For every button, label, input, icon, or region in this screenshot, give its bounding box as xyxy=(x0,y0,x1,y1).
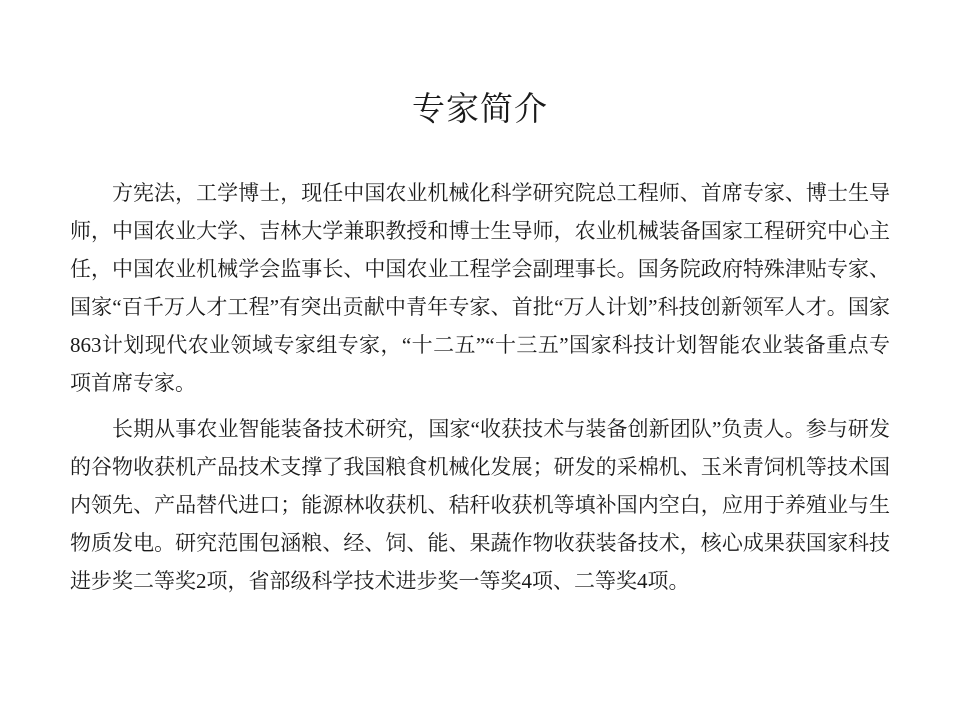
slide-body: 方宪法，工学博士，现任中国农业机械化科学研究院总工程师、首席专家、博士生导师，中… xyxy=(70,174,890,600)
page-title: 专家简介 xyxy=(0,90,960,130)
slide-page: 专家简介 方宪法，工学博士，现任中国农业机械化科学研究院总工程师、首席专家、博士… xyxy=(0,0,960,720)
paragraph-expert-bio: 方宪法，工学博士，现任中国农业机械化科学研究院总工程师、首席专家、博士生导师，中… xyxy=(70,174,890,402)
paragraph-research-achievements: 长期从事农业智能装备技术研究，国家“收获技术与装备创新团队”负责人。参与研发的谷… xyxy=(70,410,890,600)
